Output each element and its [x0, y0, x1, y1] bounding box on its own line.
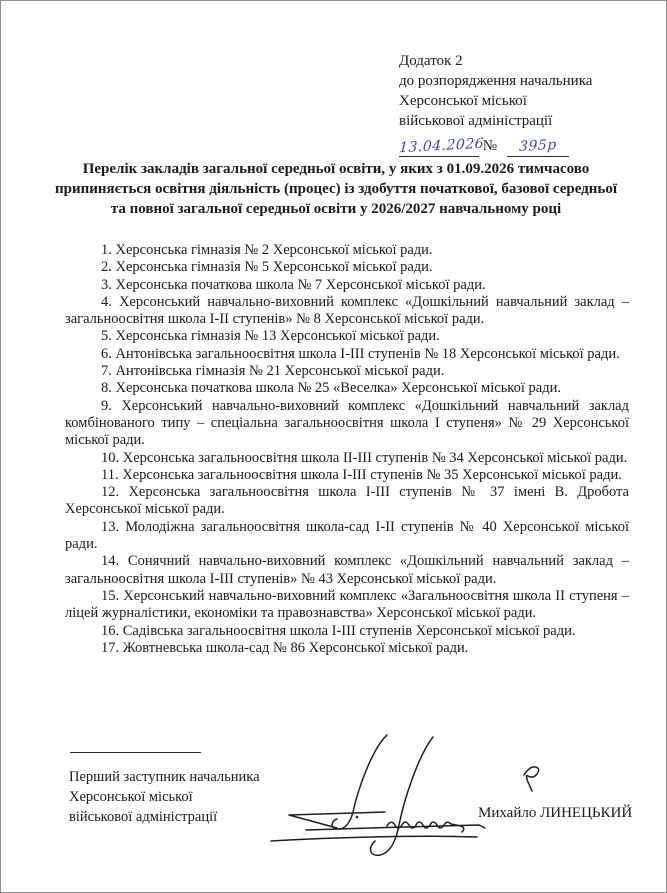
list-item-number: 8. — [101, 380, 112, 396]
list-item: 3. Херсонська початкова школа № 7 Херсон… — [65, 277, 629, 294]
list-item-number: 10. — [101, 450, 119, 466]
list-item-number: 9. — [101, 398, 112, 414]
list-item-text: Антонівська загальноосвітня школа І-ІІІ … — [116, 346, 620, 362]
list-item-text: Садівська загальноосвітня школа І-ІІІ ст… — [123, 623, 576, 639]
list-item-text: Херсонська гімназія № 5 Херсонської місь… — [116, 259, 433, 275]
list-item: 16. Садівська загальноосвітня школа І-ІІ… — [65, 623, 629, 640]
list-item: 13. Молодіжна загальноосвітня школа-сад … — [65, 519, 629, 554]
list-item-number: 1. — [101, 242, 112, 258]
signer-name: Михайло ЛИНЕЦЬКИЙ — [478, 805, 632, 822]
appendix-line2: до розпорядження начальника — [399, 71, 639, 91]
number-sign: № — [483, 138, 497, 154]
list-item-text: Херсонська загальноосвітня школа І-ІІІ с… — [122, 467, 622, 483]
list-item-number: 3. — [101, 277, 112, 293]
document-page: Додаток 2 до розпорядження начальника Хе… — [0, 0, 667, 893]
list-item: 2. Херсонська гімназія № 5 Херсонської м… — [65, 259, 629, 276]
appendix-header: Додаток 2 до розпорядження начальника Хе… — [399, 51, 639, 157]
list-item-text: Жовтневська школа-сад № 86 Херсонської м… — [123, 640, 469, 656]
list-item: 7. Антонівська гімназія № 21 Херсонської… — [65, 363, 629, 380]
list-item-number: 15. — [101, 588, 119, 604]
school-list: 1. Херсонська гімназія № 2 Херсонської м… — [65, 242, 629, 657]
list-item-number: 12. — [101, 484, 119, 500]
list-item-text: Херсонська початкова школа № 25 «Веселка… — [116, 380, 561, 396]
list-item-text: Херсонський навчально-виховний комплекс … — [65, 294, 629, 327]
list-item-number: 4. — [101, 294, 112, 310]
list-item-text: Сонячний навчально-виховний комплекс «До… — [65, 553, 629, 586]
list-item: 14. Сонячний навчально-виховний комплекс… — [65, 553, 629, 588]
date-number-row: 13.04.2026 № 395р — [399, 136, 639, 157]
list-item: 6. Антонівська загальноосвітня школа І-І… — [65, 346, 629, 363]
list-item-text: Херсонський навчально-виховний комплекс … — [65, 398, 629, 449]
list-item-number: 17. — [101, 640, 119, 656]
handwritten-date: 13.04.2026 — [399, 136, 479, 157]
handwritten-number: 395р — [507, 136, 569, 157]
appendix-line3: Херсонської міської — [399, 91, 639, 111]
appendix-label: Додаток 2 — [399, 51, 639, 71]
list-item-number: 16. — [101, 623, 119, 639]
list-item-text: Молодіжна загальноосвітня школа-сад І-ІІ… — [65, 519, 629, 552]
list-item-text: Херсонська загальноосвітня школа І-ІІІ с… — [65, 484, 629, 517]
list-item: 17. Жовтневська школа-сад № 86 Херсонськ… — [65, 640, 629, 657]
list-item-number: 7. — [101, 363, 112, 379]
list-item-text: Херсонська загальноосвітня школа ІІ-ІІІ … — [123, 450, 627, 466]
list-item-number: 11. — [101, 467, 119, 483]
list-item: 1. Херсонська гімназія № 2 Херсонської м… — [65, 242, 629, 259]
list-item-number: 6. — [101, 346, 112, 362]
signature-scribble-icon — [269, 729, 551, 874]
list-item-number: 13. — [101, 519, 119, 535]
document-title: Перелік закладів загальної середньої осв… — [46, 159, 626, 219]
list-item: 11. Херсонська загальноосвітня школа І-І… — [65, 467, 629, 484]
list-item: 12. Херсонська загальноосвітня школа І-І… — [65, 484, 629, 519]
list-item: 8. Херсонська початкова школа № 25 «Весе… — [65, 380, 629, 397]
list-item: 4. Херсонський навчально-виховний компле… — [65, 294, 629, 329]
list-item: 5. Херсонська гімназія № 13 Херсонської … — [65, 328, 629, 345]
list-item: 15. Херсонський навчально-виховний компл… — [65, 588, 629, 623]
list-item-text: Херсонська гімназія № 2 Херсонської місь… — [116, 242, 433, 258]
list-item-number: 5. — [101, 328, 112, 344]
list-item: 9. Херсонський навчально-виховний компле… — [65, 398, 629, 450]
list-item-text: Херсонська гімназія № 13 Херсонської міс… — [116, 328, 440, 344]
list-item-number: 2. — [101, 259, 112, 275]
list-item-text: Антонівська гімназія № 21 Херсонської мі… — [116, 363, 445, 379]
list-item-text: Херсонський навчально-виховний комплекс … — [65, 588, 629, 621]
appendix-line4: військової адміністрації — [399, 111, 639, 131]
list-item-text: Херсонська початкова школа № 7 Херсонськ… — [116, 277, 486, 293]
list-item-number: 14. — [101, 553, 119, 569]
signature-divider-line — [70, 752, 201, 753]
list-item: 10. Херсонська загальноосвітня школа ІІ-… — [65, 450, 629, 467]
